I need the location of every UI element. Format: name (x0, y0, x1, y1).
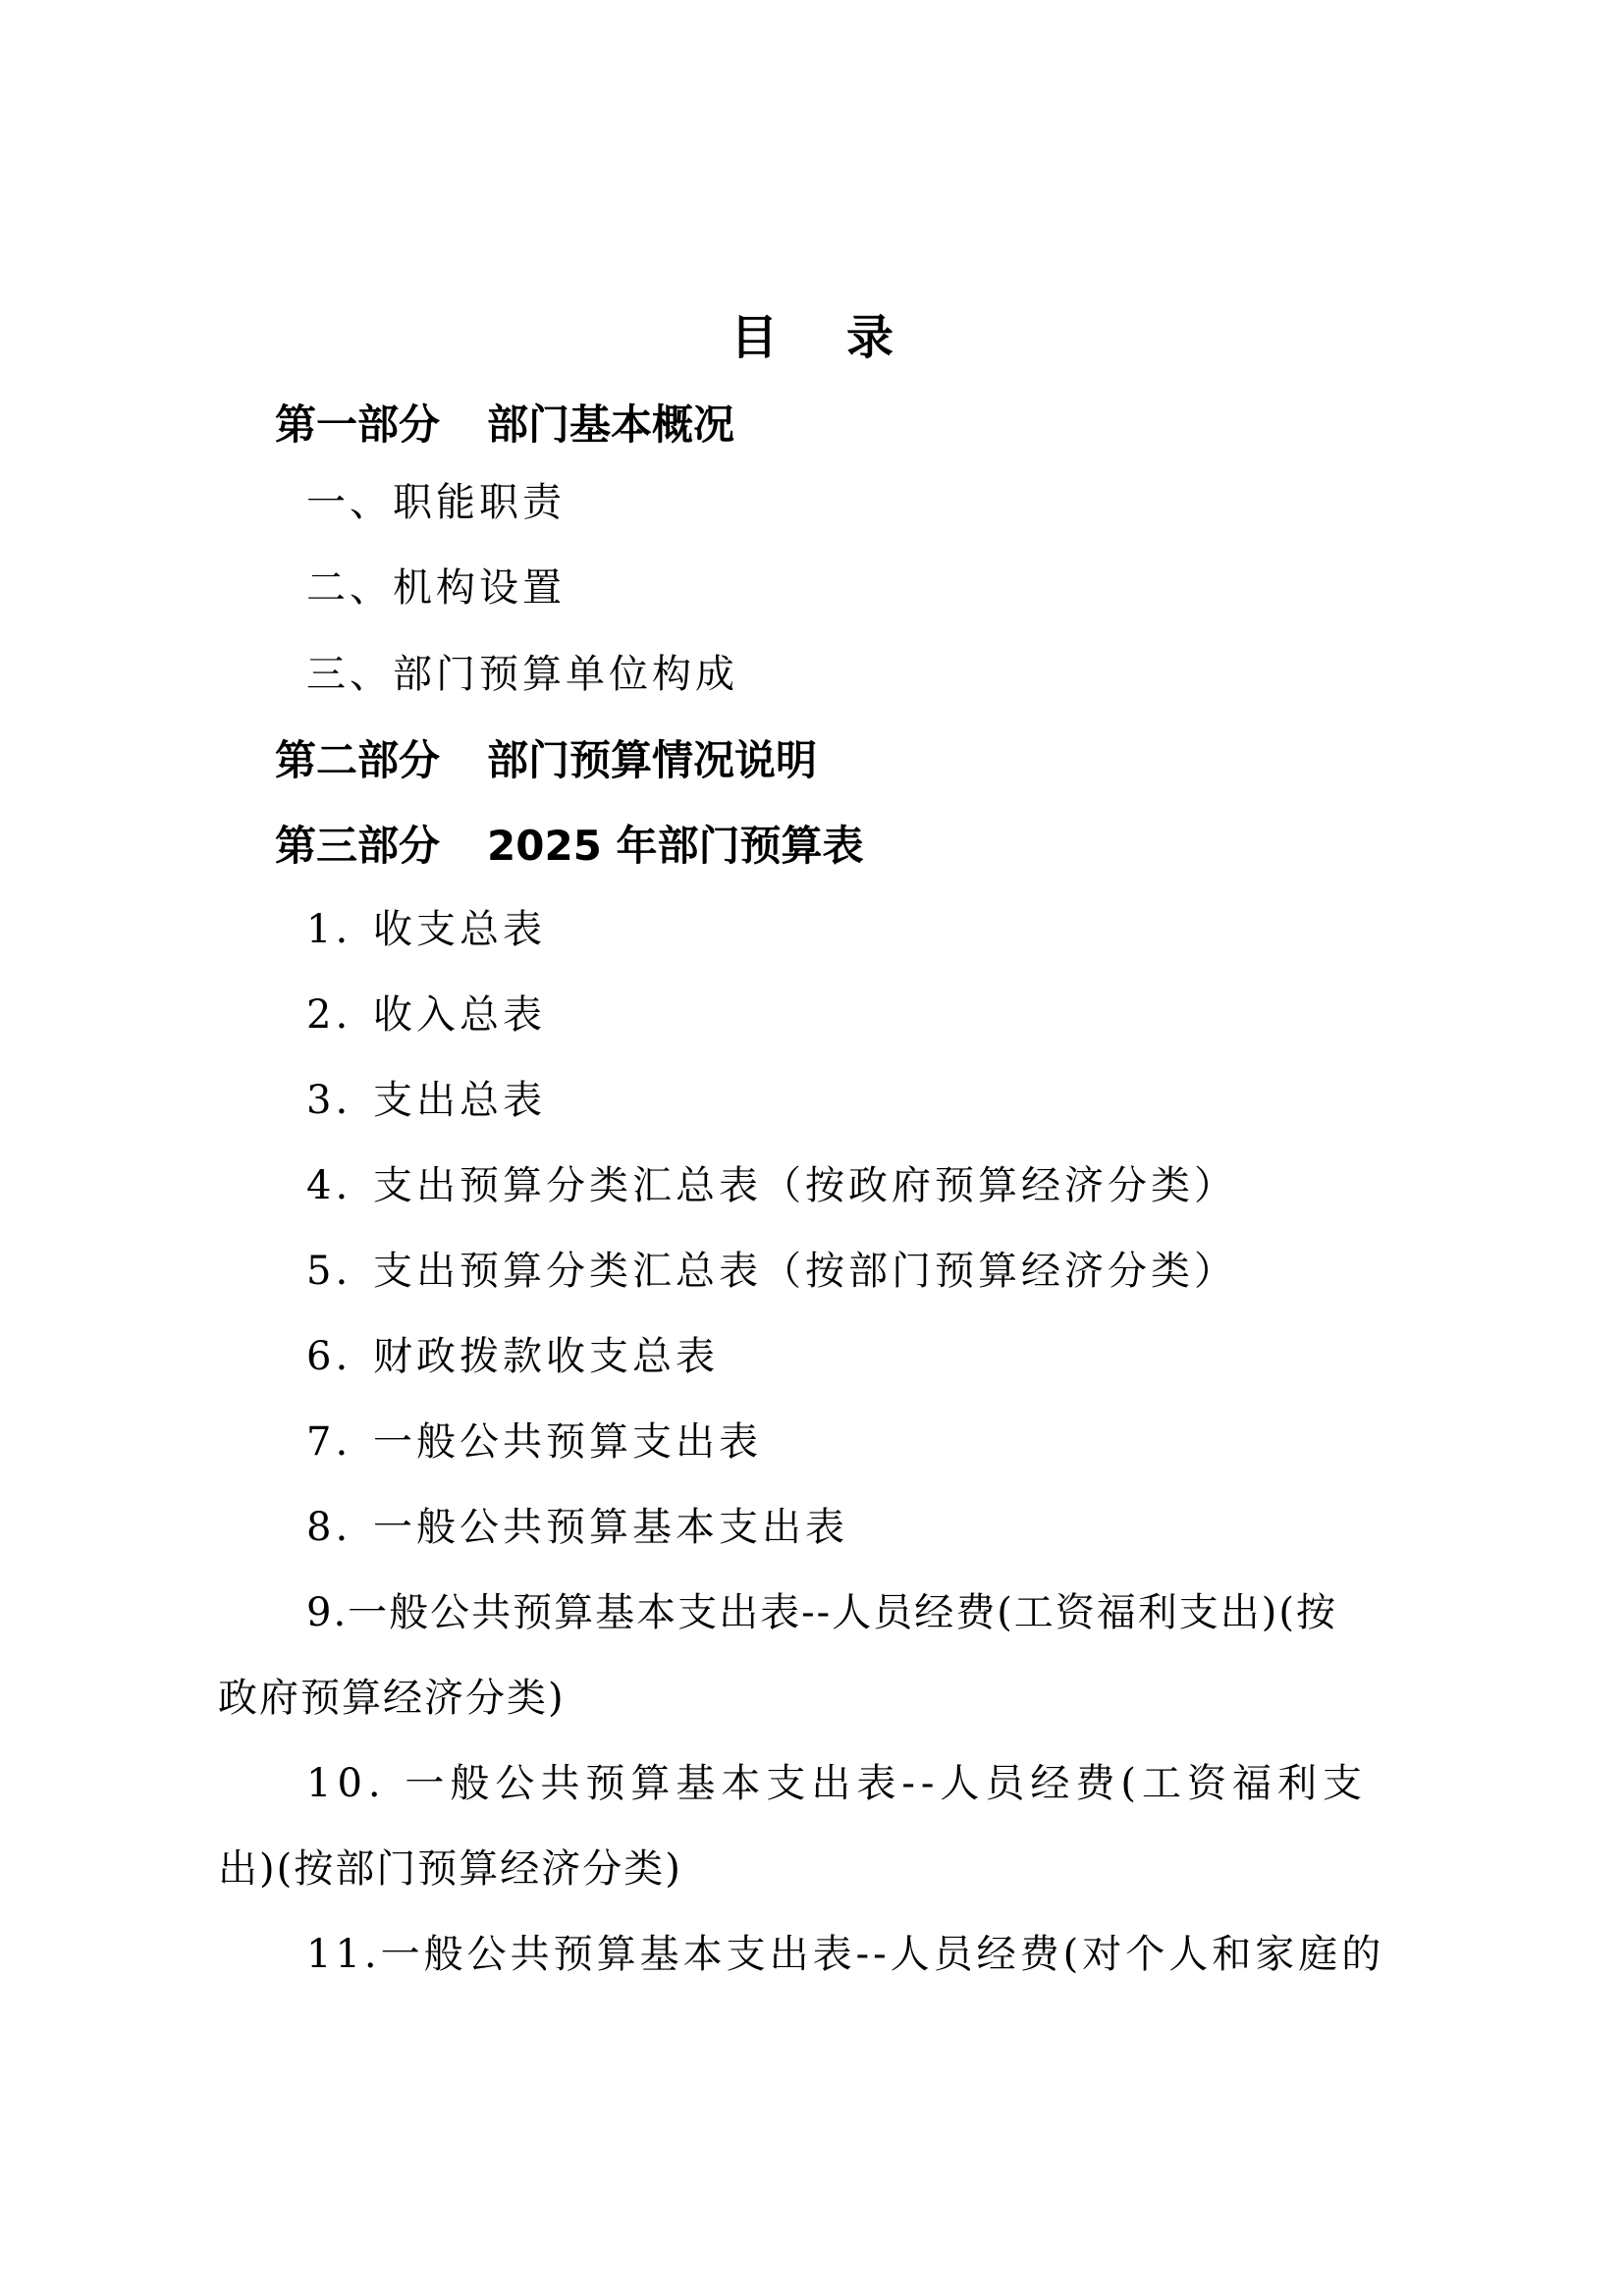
table-num: 8. (306, 1505, 373, 1550)
table-num: 6. (306, 1334, 373, 1379)
toc-part-1[interactable]: 第一部分部门基本概况 (275, 393, 734, 452)
page-title: 目录 (0, 299, 1624, 367)
toc-table-9-line-2[interactable]: 政府预算经济分类) (218, 1667, 566, 1723)
toc-table-10-line-2[interactable]: 出)(按部门预算经济分类) (218, 1838, 682, 1894)
toc-item-budget-units[interactable]: 三、部门预算单位构成 (306, 643, 738, 699)
toc-table-1[interactable]: 1.收支总表 (306, 898, 546, 954)
part-2-title: 部门预算情况说明 (487, 736, 817, 784)
table-title: 收支总表 (373, 907, 546, 952)
table-num: 1. (306, 907, 373, 952)
table-title: 支出预算分类汇总表（按部门预算经济分类） (373, 1249, 1237, 1294)
table-num: 2. (306, 992, 373, 1038)
table-num: 5. (306, 1249, 373, 1294)
toc-item-functions[interactable]: 一、职能职责 (306, 471, 566, 527)
toc-table-7[interactable]: 7.一般公共预算支出表 (306, 1411, 762, 1467)
toc-table-3[interactable]: 3.支出总表 (306, 1069, 546, 1125)
toc-table-11-line-1[interactable]: 11.一般公共预算基本支出表--人员经费(对个人和家庭的 (306, 1923, 1384, 1979)
toc-table-6[interactable]: 6.财政拨款收支总表 (306, 1325, 719, 1381)
toc-part-3[interactable]: 第三部分2025 年部门预算表 (275, 814, 864, 873)
toc-part-2[interactable]: 第二部分部门预算情况说明 (275, 728, 817, 787)
toc-table-4[interactable]: 4.支出预算分类汇总表（按政府预算经济分类） (306, 1154, 1237, 1210)
document-page: 目录 第一部分部门基本概况 一、职能职责 二、机构设置 三、部门预算单位构成 第… (0, 0, 1624, 2296)
table-title: 一般公共预算基本支出表 (373, 1505, 848, 1550)
toc-table-5[interactable]: 5.支出预算分类汇总表（按部门预算经济分类） (306, 1240, 1237, 1296)
toc-item-organization[interactable]: 二、机构设置 (306, 557, 566, 613)
toc-table-2[interactable]: 2.收入总表 (306, 984, 546, 1040)
table-title: 收入总表 (373, 992, 546, 1038)
part-1-label: 第一部分 (275, 400, 440, 449)
table-num: 4. (306, 1163, 373, 1208)
part-2-label: 第二部分 (275, 736, 440, 784)
part-1-title: 部门基本概况 (487, 400, 734, 449)
toc-table-8[interactable]: 8.一般公共预算基本支出表 (306, 1496, 848, 1552)
title-char-2: 录 (846, 299, 893, 367)
table-title: 财政拨款收支总表 (373, 1334, 719, 1379)
part-3-title: 2025 年部门预算表 (487, 822, 864, 870)
table-title: 一般公共预算支出表 (373, 1419, 762, 1465)
toc-table-9-line-1[interactable]: 9.一般公共预算基本支出表--人员经费(工资福利支出)(按 (306, 1581, 1337, 1637)
table-title: 支出预算分类汇总表（按政府预算经济分类） (373, 1163, 1237, 1208)
part-3-label: 第三部分 (275, 822, 440, 870)
table-title: 支出总表 (373, 1078, 546, 1123)
table-num: 3. (306, 1078, 373, 1123)
toc-table-10-line-1[interactable]: 10. 一般公共预算基本支出表--人员经费(工资福利支 (306, 1752, 1368, 1808)
table-num: 7. (306, 1419, 373, 1465)
title-char-1: 目 (731, 299, 778, 367)
